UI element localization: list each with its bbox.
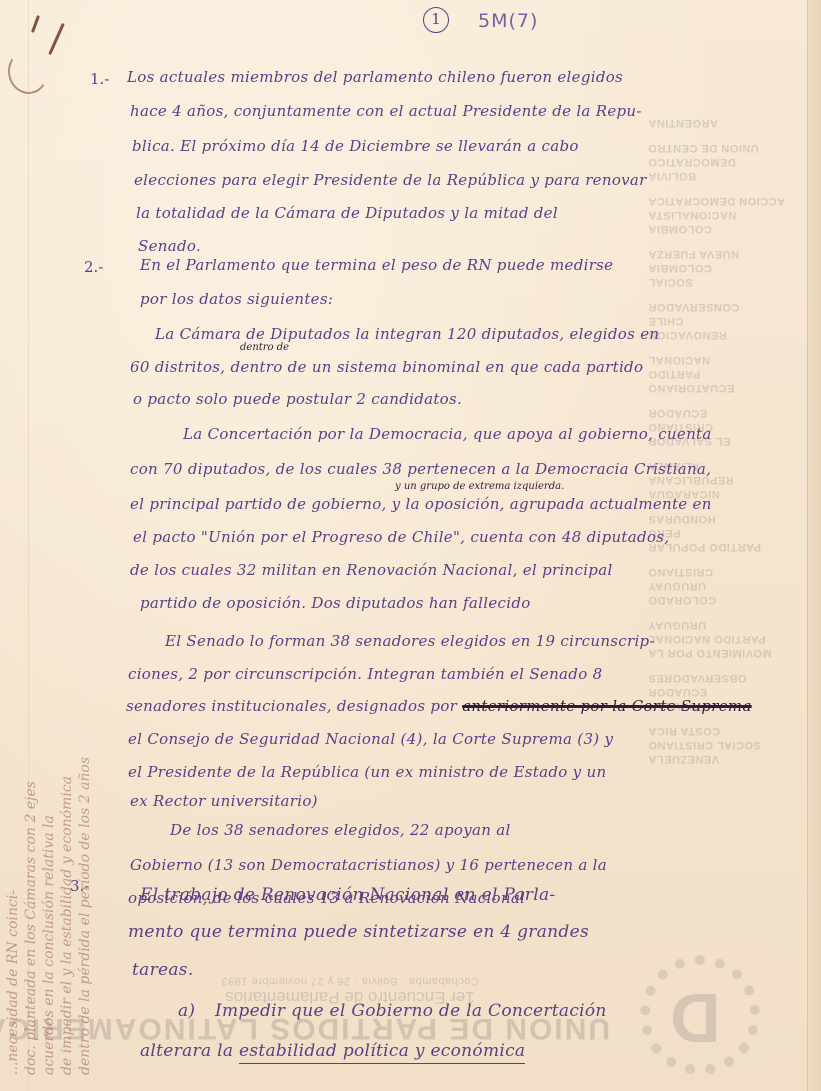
margin-note-line: de impedir el y la estabilidad y económi… [58,757,76,1075]
text-line: blica. El próximo día 14 de Diciembre se… [132,137,579,155]
text-line: o pacto solo puede postular 2 candidatos… [133,390,462,408]
stain-ring [4,47,51,97]
text-line: hace 4 años, conjuntamente con el actual… [130,102,642,120]
text-line: tareas. [132,960,194,980]
showthrough-item: SOCIAL CRISTIANO [648,738,808,751]
showthrough-item: HONDURAS [648,512,808,525]
showthrough-item: ECUATORIANO [648,381,808,394]
showthrough-item: ARGENTINA [648,116,808,129]
showthrough-gap [648,554,808,564]
inserted-text: y un grupo de extrema izquierda. [395,481,564,492]
showthrough-gap [648,395,808,405]
text-line: de los cuales 32 militan en Renovación N… [130,561,613,579]
text-line: con 70 diputados, de los cuales 38 perte… [130,460,711,478]
margin-note-line: dentro de la pérdida el período de los 2… [76,757,94,1075]
text-line: por los datos siguientes: [140,290,333,308]
showthrough-item: UNION DE CENTRO [648,141,808,154]
text-line: mento que termina puede sintetizarse en … [128,922,589,942]
showthrough-gap [648,448,808,458]
text-line-content: alterara la [140,1041,239,1061]
section-number: 2.- [84,258,103,276]
showthrough-item: NACIONAL [648,353,808,366]
text-line: el Presidente de la República (un ex min… [128,763,606,781]
text-line: El trabajo de Renovación Nacional en el … [140,885,555,905]
showthrough-gap [648,130,808,140]
list-item-label: a) [178,1001,195,1021]
page-edge [807,0,821,1091]
section-number: 1.- [90,70,109,88]
text-line-content: La Concertación por la Democracia, que a… [183,425,712,443]
text-line: El Senado lo forman 38 senadores elegido… [165,632,655,650]
showthrough-item: PARTIDO [648,367,808,380]
showthrough-item: BOLIVIA [648,169,808,182]
margin-note-line: ...necesidad de RN coinci- [4,757,22,1075]
showthrough-gap [648,660,808,670]
text-line-content: senadores institucionales, designados po… [126,697,462,715]
showthrough-item: ACCION DEMOCRATICA [648,194,808,207]
showthrough-item: CHILE [648,314,808,327]
margin-note-line: acuerdos en la conclusión relativa la [40,757,58,1075]
showthrough-gap [648,342,808,352]
text-line: el principal partido de gobierno, y la o… [130,495,712,513]
text-line: ex Rector universitario) [130,792,318,810]
showthrough-item: COLORADO [648,593,808,606]
showthrough-item: COLOMBIA [648,222,808,235]
showthrough-item: SOCIAL [648,275,808,288]
showthrough-gap [648,607,808,617]
text-line: senadores institucionales, designados po… [126,697,752,715]
text-line: el Consejo de Seguridad Nacional (4), la… [128,730,613,748]
showthrough-item: RENOVACION [648,328,808,341]
showthrough-item: PERU [648,526,808,539]
showthrough-item: VENEZUELA [648,752,808,765]
showthrough-item: OBSERVADORES [648,671,808,684]
showthrough-item: PARTIDO NACIONAL [648,632,808,645]
showthrough-item: CONSERVADOR [648,300,808,313]
text-line: Senado. [138,237,201,255]
showthrough-gap [648,236,808,246]
stamp-letter: D [670,978,721,1058]
struck-text: anteriormente por la Corte Suprema [462,697,752,715]
text-line: En el Parlamento que termina el peso de … [140,256,613,274]
showthrough-item: URUGUAY [648,618,808,631]
document-page: VENEZUELASOCIAL CRISTIANOCOSTA RICAPOPUL… [0,0,821,1091]
text-line: Los actuales miembros del parlamento chi… [127,68,623,86]
showthrough-item: PARTIDO POPULAR [648,540,808,553]
text-line: La Concertación por la Democracia, que a… [183,425,712,443]
showthrough-gap [648,289,808,299]
reference-code: 5M(7) [478,10,538,32]
text-line: Impedir que el Gobierno de la Concertaci… [215,1001,607,1021]
showthrough-item: DEMOCRATICO [648,155,808,168]
showthrough-gap [648,183,808,193]
text-line: ciones, 2 por circunscripción. Integran … [128,665,602,683]
stain-mark [48,23,65,55]
stain-mark [31,15,40,33]
margin-note-line: doc. planteada en los Cámaras con 2 ejes [22,757,40,1075]
text-line: el pacto "Unión por el Progreso de Chile… [133,528,669,546]
showthrough-item: MOVIMIENTO POR LA [648,646,808,659]
margin-note: ...necesidad de RN coinci- doc. plantead… [4,757,94,1075]
underlined-text: estabilidad política y económica [239,1041,525,1064]
page-number: 1 [423,7,449,33]
text-line: 60 distritos, dentro de un sistema binom… [130,358,643,376]
showthrough-item: CRISTIANO [648,565,808,578]
inserted-text: dentro de [240,342,289,353]
text-line: Gobierno (13 son Democratacristianos) y … [130,856,607,874]
text-line: partido de oposición. Dos diputados han … [140,594,531,612]
showthrough-item: COLOMBIA [648,261,808,274]
showthrough-item: COSTA RICA [648,724,808,737]
text-line: De los 38 senadores elegidos, 22 apoyan … [170,821,511,839]
text-line: alterara la estabilidad política y econó… [140,1041,525,1061]
showthrough-item: ECUADOR [648,406,808,419]
text-line: La Cámara de Diputados la integran 120 d… [155,325,659,343]
showthrough-item: NUEVA FUERZA [648,247,808,260]
text-line: la totalidad de la Cámara de Diputados y… [136,204,558,222]
showthrough-item: URUGUAY [648,579,808,592]
showthrough-item: NACIONALISTA [648,208,808,221]
text-line: elecciones para elegir Presidente de la … [134,171,647,189]
